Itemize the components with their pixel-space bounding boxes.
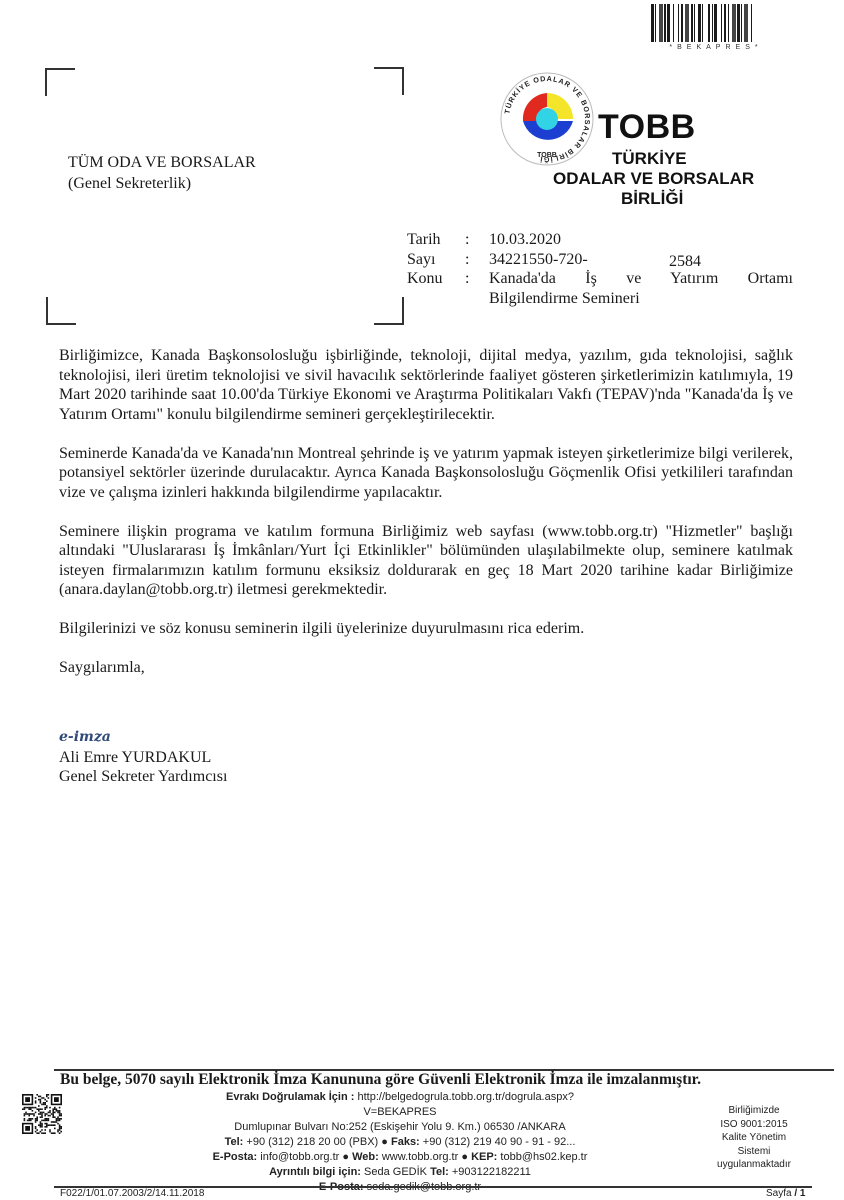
signatory-name: Ali Emre YURDAKUL bbox=[59, 748, 227, 767]
logo-line-1: TÜRKİYE bbox=[612, 149, 687, 169]
number-label: Sayı bbox=[407, 250, 465, 270]
bullet-icon: ● bbox=[461, 1151, 468, 1163]
contact-tel-label: Tel: bbox=[430, 1166, 449, 1178]
meta-date-row: Tarih : 10.03.2020 bbox=[407, 230, 793, 250]
tel-value: +90 (312) 218 20 00 (PBX) bbox=[246, 1136, 378, 1148]
number-value-wrap: 34221550-720- 2584 bbox=[489, 250, 793, 270]
page-label: Sayfa bbox=[766, 1188, 792, 1199]
document-meta: Tarih : 10.03.2020 Sayı : 34221550-720- … bbox=[407, 230, 793, 308]
address-window-corner-bottom-right bbox=[374, 297, 404, 325]
address-window-corner-bottom-left bbox=[46, 297, 76, 325]
recipient-name: TÜM ODA VE BORSALAR bbox=[68, 152, 256, 173]
recipient-department: (Genel Sekreterlik) bbox=[68, 173, 256, 194]
address-window-corner-top-left bbox=[45, 68, 75, 96]
iso-certification-note: Birliğimizde ISO 9001:2015 Kalite Yöneti… bbox=[706, 1104, 802, 1172]
verify-label: Evrakı Doğrulamak İçin : bbox=[226, 1091, 354, 1103]
body-paragraph: Bilgilerinizi ve söz konusu seminerin il… bbox=[59, 619, 793, 639]
body-paragraph: Birliğimizce, Kanada Başkonsolosluğu işb… bbox=[59, 346, 793, 424]
page-number: Sayfa / 1 bbox=[766, 1188, 805, 1200]
email-link[interactable]: info@tobb.org.tr bbox=[260, 1151, 339, 1163]
bullet-icon: ● bbox=[342, 1151, 349, 1163]
address-line: Dumlupınar Bulvarı No:252 (Eskişehir Yol… bbox=[190, 1120, 610, 1135]
date-value: 10.03.2020 bbox=[489, 230, 793, 250]
number-separator: : bbox=[465, 250, 489, 270]
barcode-bars bbox=[651, 4, 781, 42]
kep-label: KEP: bbox=[471, 1151, 497, 1163]
date-label: Tarih bbox=[407, 230, 465, 250]
contact-tel-value: +903122182211 bbox=[452, 1166, 531, 1178]
iso-line: Sistemi bbox=[706, 1145, 802, 1159]
subject-label: Konu bbox=[407, 269, 465, 289]
subject-separator: : bbox=[465, 269, 489, 289]
body-paragraph: Seminerde Kanada'da ve Kanada'nın Montre… bbox=[59, 444, 793, 503]
fax-value: +90 (312) 219 40 90 - 91 - 92... bbox=[423, 1136, 576, 1148]
logo-line-3: BİRLİĞİ bbox=[621, 189, 683, 209]
body-paragraph: Seminere ilişkin programa ve katılım for… bbox=[59, 522, 793, 600]
contact-label: Ayrıntılı bilgi için: bbox=[269, 1166, 361, 1178]
number-value: 34221550-720- bbox=[489, 251, 588, 268]
email-label: E-Posta: bbox=[213, 1151, 258, 1163]
iso-line: ISO 9001:2015 bbox=[706, 1118, 802, 1132]
signatory-title: Genel Sekreter Yardımcısı bbox=[59, 767, 227, 786]
recipient-block: TÜM ODA VE BORSALAR (Genel Sekreterlik) bbox=[68, 152, 256, 194]
meta-number-row: Sayı : 34221550-720- 2584 bbox=[407, 250, 793, 270]
e-signature-mark: e-imza bbox=[59, 728, 227, 747]
footer-contact-info: Evrakı Doğrulamak İçin : http://belgedog… bbox=[190, 1090, 610, 1195]
page-total: / 1 bbox=[794, 1188, 805, 1199]
subject-line-1: Kanada'da İş ve Yatırım Ortamı bbox=[489, 269, 793, 289]
iso-line: Birliğimizde bbox=[706, 1104, 802, 1118]
logo-abbreviation: TOBB bbox=[598, 108, 696, 147]
web-label: Web: bbox=[352, 1151, 379, 1163]
phone-line: Tel: +90 (312) 218 20 00 (PBX) ● Faks: +… bbox=[190, 1135, 610, 1150]
document-barcode: *BEKAPRES* bbox=[651, 4, 781, 52]
meta-subject-row: Konu : Kanada'da İş ve Yatırım Ortamı bbox=[407, 269, 793, 289]
subject-line-2: Bilgilendirme Semineri bbox=[407, 289, 793, 309]
logo-line-2: ODALAR VE BORSALAR bbox=[553, 169, 754, 189]
closing-salutation: Saygılarımla, bbox=[59, 658, 793, 678]
e-signature-legal-notice: Bu belge, 5070 sayılı Elektronik İmza Ka… bbox=[60, 1071, 760, 1089]
address-window-corner-top-right bbox=[374, 67, 404, 95]
signature-block: e-imza Ali Emre YURDAKUL Genel Sekreter … bbox=[59, 728, 227, 786]
web-line: E-Posta: info@tobb.org.tr ● Web: www.tob… bbox=[190, 1150, 610, 1165]
verify-line: Evrakı Doğrulamak İçin : http://belgedog… bbox=[190, 1090, 610, 1120]
barcode-caption: *BEKAPRES* bbox=[651, 44, 781, 51]
bullet-icon: ● bbox=[381, 1136, 388, 1148]
verify-url-link[interactable]: http://belgedogrula.tobb.org.tr/dogrula.… bbox=[357, 1091, 573, 1118]
contact-line: Ayrıntılı bilgi için: Seda GEDİK Tel: +9… bbox=[190, 1165, 610, 1180]
letter-body: Birliğimizce, Kanada Başkonsolosluğu işb… bbox=[59, 346, 793, 678]
web-link[interactable]: www.tobb.org.tr bbox=[382, 1151, 458, 1163]
svg-text:TOBB: TOBB bbox=[537, 152, 557, 159]
verification-qr-code[interactable] bbox=[22, 1094, 62, 1134]
fax-label: Faks: bbox=[391, 1136, 420, 1148]
tobb-seal-logo: TÜRKİYE ODALAR VE BORSALAR BİRLİĞİ TOBB bbox=[499, 71, 595, 167]
iso-line: Kalite Yönetim bbox=[706, 1131, 802, 1145]
kep-link[interactable]: tobb@hs02.kep.tr bbox=[500, 1151, 587, 1163]
date-separator: : bbox=[465, 230, 489, 250]
iso-line: uygulanmaktadır bbox=[706, 1158, 802, 1172]
form-code: F022/1/01.07.2003/2/14.11.2018 bbox=[60, 1188, 204, 1200]
contact-name: Seda GEDİK bbox=[364, 1166, 427, 1178]
tel-label: Tel: bbox=[225, 1136, 244, 1148]
